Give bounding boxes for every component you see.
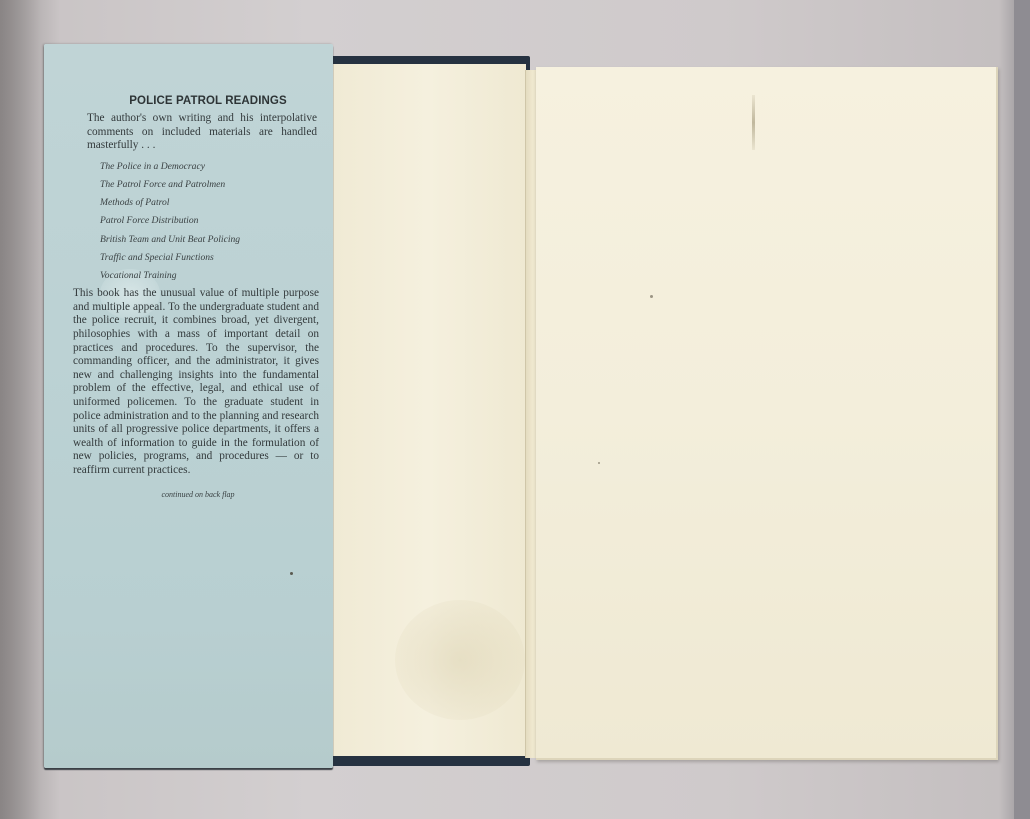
right-endpaper [536, 67, 998, 760]
flap-title: POLICE PATROL READINGS [96, 95, 320, 107]
contents-item: Traffic and Special Functions [100, 249, 320, 267]
flap-speck [290, 572, 293, 575]
flap-body: This book has the unusual value of multi… [73, 287, 319, 477]
paper-speck [650, 295, 653, 298]
dust-jacket-flap: POLICE PATROL READINGS The author's own … [44, 44, 333, 768]
contents-item: The Police in a Democracy [100, 158, 320, 176]
flap-intro: The author's own writing and his interpo… [87, 112, 317, 153]
flap-text: POLICE PATROL READINGS The author's own … [88, 95, 320, 499]
contents-item: Vocational Training [100, 267, 320, 285]
continued-note: continued on back flap [76, 490, 320, 499]
contents-item: Patrol Force Distribution [100, 212, 320, 230]
contents-item: British Team and Unit Beat Policing [100, 231, 320, 249]
contents-item: Methods of Patrol [100, 194, 320, 212]
table-edge [1014, 0, 1030, 819]
paper-stain [395, 600, 525, 720]
page-crease [752, 95, 755, 150]
paper-speck [598, 462, 600, 464]
contents-item: The Patrol Force and Patrolmen [100, 176, 320, 194]
contents-list: The Police in a Democracy The Patrol For… [100, 158, 320, 285]
